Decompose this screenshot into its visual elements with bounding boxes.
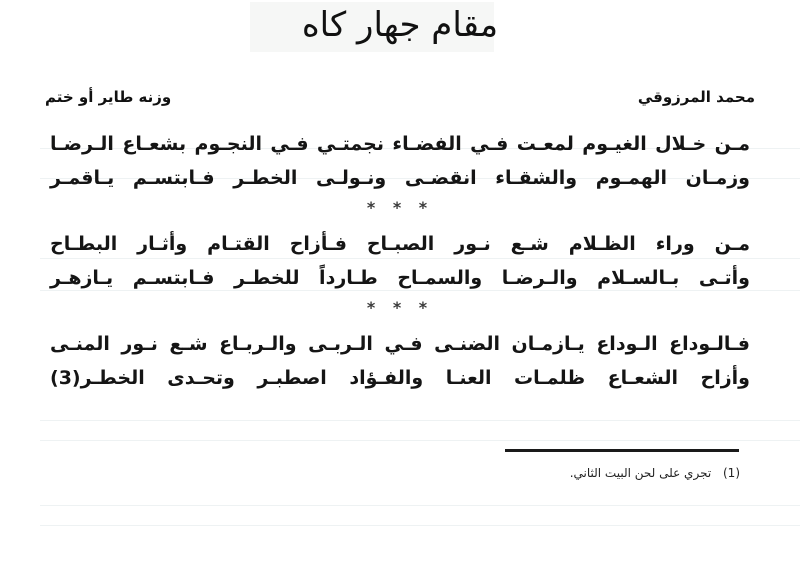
poem-meter: وزنه طاير أو ختم — [45, 88, 171, 106]
page-title: مقام جهار كاه — [200, 0, 600, 50]
footnote-divider — [505, 449, 739, 452]
show-through-line — [40, 505, 800, 506]
verse-line: فـالـوداع الـوداع يـازمـان الضنـى فـي ال… — [50, 328, 750, 360]
verse-line: مـن وراء الظـلام شـع نـور الصبـاح فـأزاح… — [50, 228, 750, 260]
footnote-number: (1) — [723, 466, 740, 480]
show-through-line — [40, 525, 800, 526]
verse-line: وزمـان الهمـوم والشقـاء انقضـى ونـولـى ا… — [50, 162, 750, 194]
stanza-separator: * * * — [350, 198, 450, 217]
author-name: محمد المرزوقي — [638, 88, 755, 106]
verse-line: مـن خـلال الغيـوم لمعـت فـي الفضـاء نجمت… — [50, 128, 750, 160]
show-through-line — [40, 440, 800, 441]
verse-line: وأزاح الشعـاع ظلمـات العنـا والفـؤاد اصط… — [50, 362, 750, 394]
footnote: (1) تجري على لحن البيت الثاني. — [570, 466, 740, 480]
show-through-line — [40, 420, 800, 421]
footnote-text: تجري على لحن البيت الثاني. — [570, 466, 711, 480]
document-page: مقام جهار كاه محمد المرزوقي وزنه طاير أو… — [0, 0, 800, 566]
verse-line: وأتـى بـالسـلام والـرضـا والسمـاح طـاردا… — [50, 262, 750, 294]
stanza-separator: * * * — [350, 298, 450, 317]
